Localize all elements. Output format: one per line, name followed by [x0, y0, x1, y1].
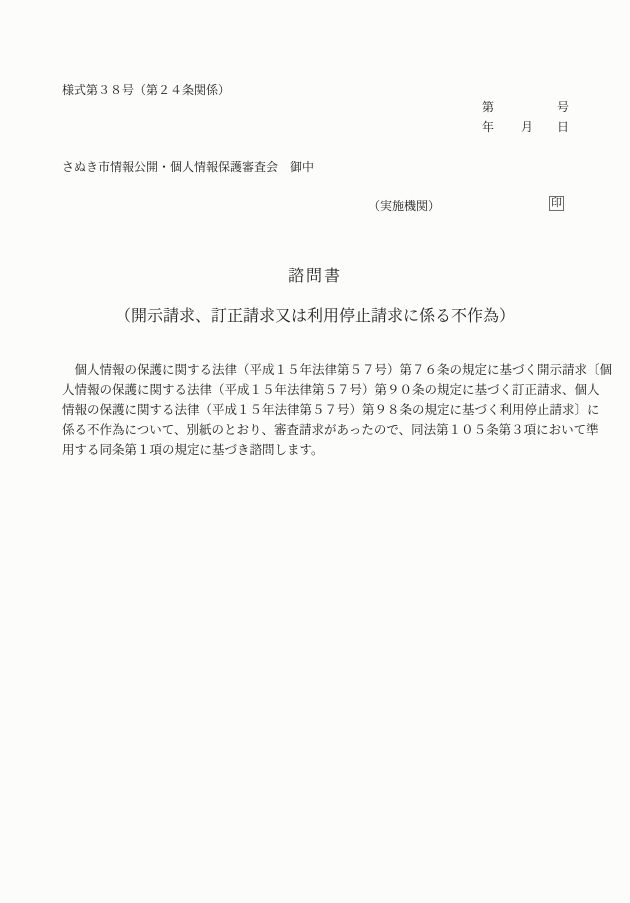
- addressee-line: さぬき市情報公開・個人情報保護審査会 御中: [62, 160, 314, 174]
- date-year-label: 年: [482, 120, 494, 134]
- date-day-label: 日: [557, 120, 569, 134]
- issuing-agency-label: （実施機関）: [368, 199, 440, 213]
- date-month-label: 月: [521, 120, 533, 134]
- document-page: 様式第３８号（第２４条関係） 第 号 年 月 日 さぬき市情報公開・個人情報保護…: [0, 0, 630, 903]
- body-paragraph: 個人情報の保護に関する法律（平成１５年法律第５７号）第７６条の規定に基づく開示請…: [62, 360, 618, 460]
- body-line: 用する同条第１項の規定に基づき諮問します。: [62, 440, 618, 460]
- seal-stamp-box: 印: [549, 196, 564, 211]
- document-number-suffix: 号: [557, 100, 569, 114]
- body-line: 係る不作為について、別紙のとおり、審査請求があったので、同法第１０５条第３項にお…: [62, 420, 618, 440]
- body-line: 個人情報の保護に関する法律（平成１５年法律第５７号）第７６条の規定に基づく開示請…: [62, 360, 618, 380]
- body-line: 情報の保護に関する法律（平成１５年法律第５７号）第９８条の規定に基づく利用停止請…: [62, 400, 618, 420]
- document-title: 諮問書: [0, 268, 630, 286]
- document-number-prefix: 第: [482, 100, 494, 114]
- form-number: 様式第３８号（第２４条関係）: [62, 83, 230, 97]
- document-subtitle: （開示請求、訂正請求又は利用停止請求に係る不作為）: [0, 307, 630, 327]
- body-line: 人情報の保護に関する法律（平成１５年法律第５７号）第９０条の規定に基づく訂正請求…: [62, 380, 618, 400]
